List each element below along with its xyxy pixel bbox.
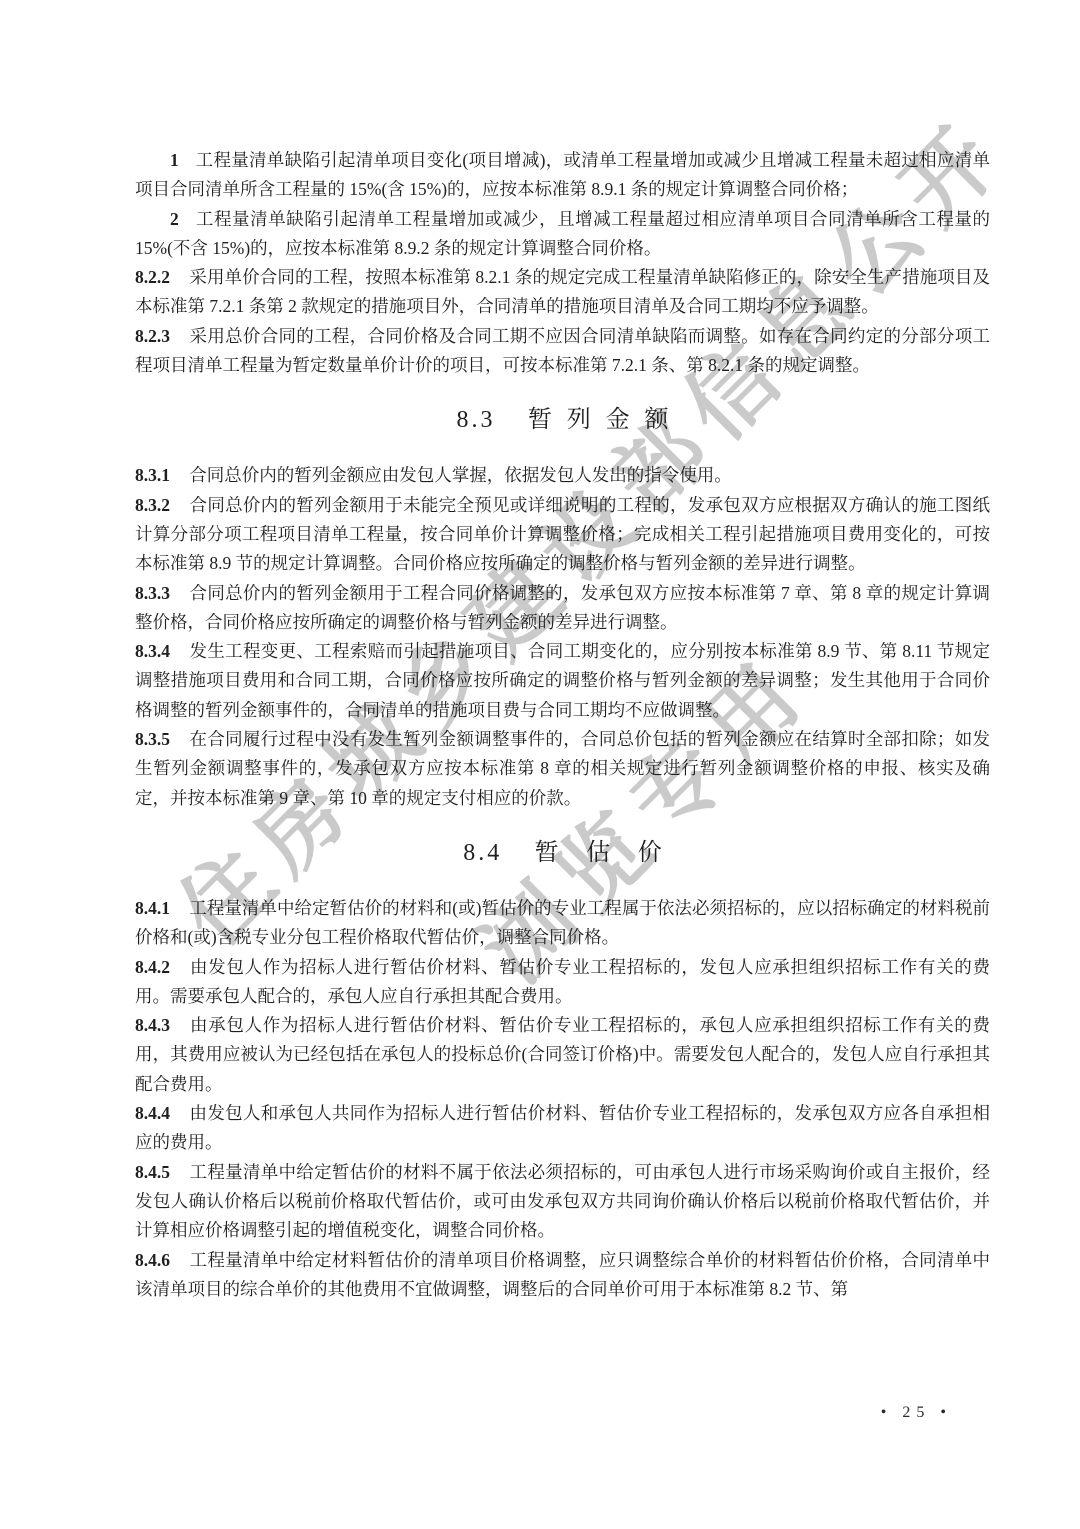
clause-text: 采用单价合同的工程，按照本标准第 8.2.1 条的规定完成工程量清单缺陷修正的，…: [135, 267, 990, 316]
clause-8-3-5: 8.3.5在合同履行过程中没有发生暂列金额调整事件的，合同总价包括的暂列金额应在…: [135, 725, 990, 813]
clause-text: 合同总价内的暂列金额用于未能完全预见或详细说明的工程的，发承包双方应根据双方确认…: [135, 495, 990, 574]
clause-8-4-5: 8.4.5工程量清单中给定暂估价的材料不属于依法必须招标的，可由承包人进行市场采…: [135, 1158, 990, 1246]
clause-8-3-4: 8.3.4发生工程变更、工程索赔而引起措施项目、合同工期变化的，应分别按本标准第…: [135, 637, 990, 725]
clause-8-4-3: 8.4.3由承包人作为招标人进行暂估价材料、暂估价专业工程招标的，承包人应承担组…: [135, 1011, 990, 1099]
clause-text: 采用总价合同的工程，合同价格及合同工期不应因合同清单缺陷而调整。如存在合同约定的…: [135, 326, 990, 375]
clause-number: 8.4.4: [135, 1103, 189, 1123]
section-title: 暂列金额: [528, 407, 684, 433]
clause-text: 发生工程变更、工程索赔而引起措施项目、合同工期变化的，应分别按本标准第 8.9 …: [135, 641, 990, 720]
clause-8-2-2: 8.2.2采用单价合同的工程，按照本标准第 8.2.1 条的规定完成工程量清单缺…: [135, 263, 990, 322]
clause-number: 8.3.5: [135, 729, 189, 749]
item-number: 1: [170, 150, 195, 170]
page-content: 1工程量清单缺陷引起清单项目变化(项目增减)，或清单工程量增加或减少且增减工程量…: [135, 146, 990, 1304]
clause-number: 8.2.3: [135, 326, 189, 346]
clause-8-3-3: 8.3.3合同总价内的暂列金额用于工程合同价格调整的，发承包双方应按本标准第 7…: [135, 579, 990, 638]
clause-8-4-1: 8.4.1工程量清单中给定暂估价的材料和(或)暂估价的专业工程属于依法必须招标的…: [135, 894, 990, 953]
clause-number: 8.4.1: [135, 898, 189, 918]
clause-number: 8.4.3: [135, 1015, 189, 1035]
page-number: • 25 •: [881, 1404, 952, 1422]
clause-8-2-3: 8.2.3采用总价合同的工程，合同价格及合同工期不应因合同清单缺陷而调整。如存在…: [135, 322, 990, 381]
clause-number: 8.4.2: [135, 957, 189, 977]
clause-text: 工程量清单中给定材料暂估价的清单项目价格调整，应只调整综合单价的材料暂估价价格，…: [135, 1250, 990, 1299]
item-number: 2: [170, 209, 195, 229]
clause-number: 8.3.3: [135, 583, 189, 603]
clause-8-4-2: 8.4.2由发包人作为招标人进行暂估价材料、暂估价专业工程招标的，发包人应承担组…: [135, 953, 990, 1012]
section-number: 8.3: [456, 407, 495, 433]
clause-number: 8.3.4: [135, 641, 189, 661]
item-text: 工程量清单缺陷引起清单工程量增加或减少，且增减工程量超过相应清单项目合同清单所含…: [135, 209, 990, 258]
clause-8-4-6: 8.4.6工程量清单中给定材料暂估价的清单项目价格调整，应只调整综合单价的材料暂…: [135, 1246, 990, 1305]
clause-number: 8.3.1: [135, 465, 189, 485]
clause-number: 8.4.5: [135, 1162, 189, 1182]
section-title: 暂估价: [535, 840, 690, 866]
clause-text: 合同总价内的暂列金额应由发包人掌握，依据发包人发出的指令使用。: [189, 465, 732, 485]
clause-text: 由发包人和承包人共同作为招标人进行暂估价材料、暂估价专业工程招标的，发承包双方应…: [135, 1103, 990, 1152]
clause-number: 8.2.2: [135, 267, 189, 287]
item-text: 工程量清单缺陷引起清单项目变化(项目增减)，或清单工程量增加或减少且增减工程量未…: [135, 150, 990, 199]
clause-8-3-2: 8.3.2合同总价内的暂列金额用于未能完全预见或详细说明的工程的，发承包双方应根…: [135, 491, 990, 579]
clause-text: 工程量清单中给定暂估价的材料不属于依法必须招标的，可由承包人进行市场采购询价或自…: [135, 1162, 990, 1241]
clause-8-4-4: 8.4.4由发包人和承包人共同作为招标人进行暂估价材料、暂估价专业工程招标的，发…: [135, 1099, 990, 1158]
document-page: 住房城乡建设部信息公开 浏览专用 1工程量清单缺陷引起清单项目变化(项目增减)，…: [0, 0, 1080, 1529]
list-item-1: 1工程量清单缺陷引起清单项目变化(项目增减)，或清单工程量增加或减少且增减工程量…: [135, 146, 990, 205]
section-heading-8-4: 8.4暂估价: [135, 837, 990, 869]
list-item-2: 2工程量清单缺陷引起清单工程量增加或减少，且增减工程量超过相应清单项目合同清单所…: [135, 205, 990, 264]
section-number: 8.4: [463, 840, 502, 866]
clause-number: 8.4.6: [135, 1250, 189, 1270]
clause-number: 8.3.2: [135, 495, 189, 515]
clause-text: 在合同履行过程中没有发生暂列金额调整事件的，合同总价包括的暂列金额应在结算时全部…: [135, 729, 990, 808]
clause-text: 由发包人作为招标人进行暂估价材料、暂估价专业工程招标的，发包人应承担组织招标工作…: [135, 957, 990, 1006]
clause-text: 合同总价内的暂列金额用于工程合同价格调整的，发承包双方应按本标准第 7 章、第 …: [135, 583, 990, 632]
section-heading-8-3: 8.3暂列金额: [135, 404, 990, 436]
clause-text: 由承包人作为招标人进行暂估价材料、暂估价专业工程招标的，承包人应承担组织招标工作…: [135, 1015, 990, 1094]
clause-8-3-1: 8.3.1合同总价内的暂列金额应由发包人掌握，依据发包人发出的指令使用。: [135, 461, 990, 490]
clause-text: 工程量清单中给定暂估价的材料和(或)暂估价的专业工程属于依法必须招标的，应以招标…: [135, 898, 990, 947]
